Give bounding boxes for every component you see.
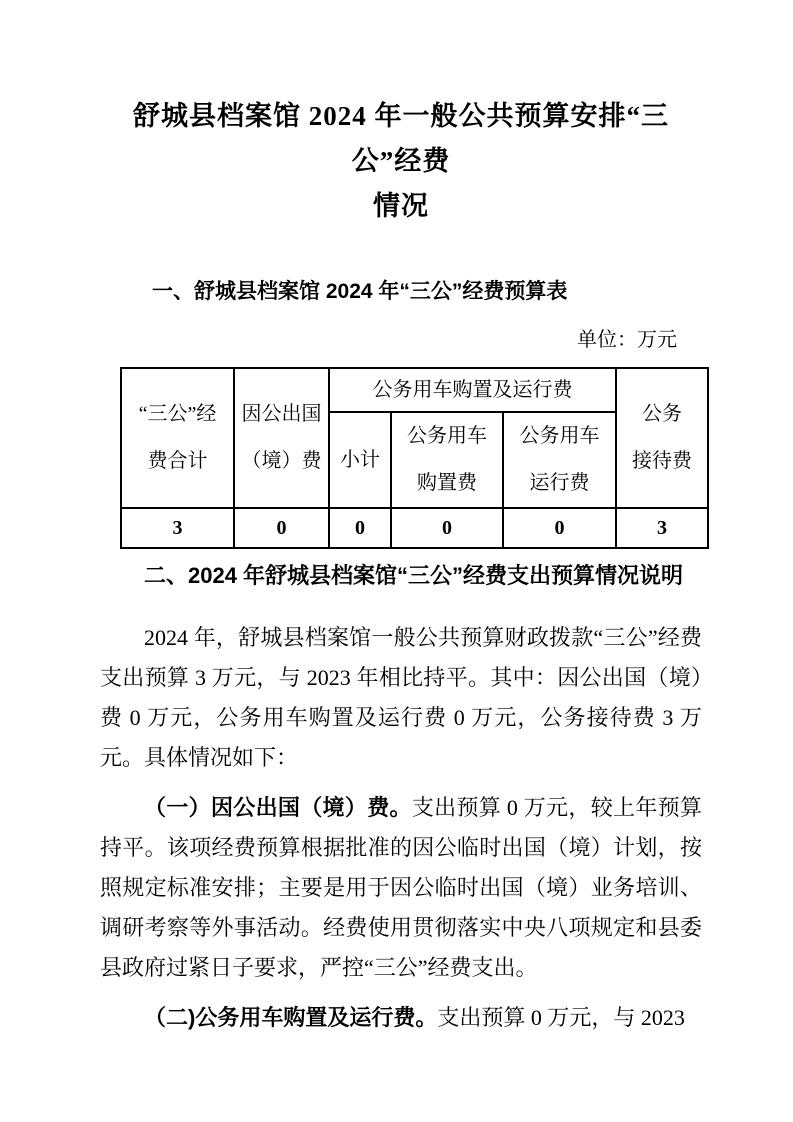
header-reception-fee: 公务 接待费 (616, 368, 708, 508)
header-three-public-total: “三公”经 费合计 (121, 368, 234, 508)
header-abroad-fee: 因公出国 （境）费 (234, 368, 329, 508)
paragraph-overview-text: 2024 年，舒城县档案馆一般公共预算财政拨款“三公”经费支出预算 3 万元，与… (100, 625, 702, 770)
paragraph-vehicle-fee: （二)公务用车购置及运行费。支出预算 0 万元，与 2023 (100, 998, 702, 1038)
header-vehicle-operation: 公务用车 运行费 (503, 412, 616, 508)
value-reception-fee: 3 (616, 508, 708, 548)
table-header-row-1: “三公”经 费合计 因公出国 （境）费 公务用车购置及运行费 公务 接待费 (121, 368, 708, 412)
header-vehicle-purchase: 公务用车 购置费 (391, 412, 503, 508)
value-abroad-fee: 0 (234, 508, 329, 548)
value-three-public-total: 3 (121, 508, 234, 548)
paragraph-abroad-fee: （一）因公出国（境）费。支出预算 0 万元，较上年预算持平。该项经费预算根据批准… (100, 788, 702, 988)
section2-heading: 二、2024 年舒城县档案馆“三公”经费支出预算情况说明 (100, 556, 702, 596)
value-vehicle-purchase: 0 (391, 508, 503, 548)
document-title: 舒城县档案馆 2024 年一般公共预算安排“三公”经费 情况 (100, 94, 702, 229)
header-vehicle-group: 公务用车购置及运行费 (329, 368, 616, 412)
value-vehicle-subtotal: 0 (329, 508, 391, 548)
section1-heading: 一、舒城县档案馆 2024 年“三公”经费预算表 (100, 279, 702, 305)
paragraph-vehicle-fee-lead: （二)公务用车购置及运行费。 (144, 1005, 437, 1030)
budget-table: “三公”经 费合计 因公出国 （境）费 公务用车购置及运行费 公务 接待费 小计… (120, 367, 709, 549)
document-page: 舒城县档案馆 2024 年一般公共预算安排“三公”经费 情况 一、舒城县档案馆 … (0, 0, 793, 1122)
document-content: 舒城县档案馆 2024 年一般公共预算安排“三公”经费 情况 一、舒城县档案馆 … (100, 94, 702, 1038)
paragraph-abroad-fee-text: 支出预算 0 万元，较上年预算持平。该项经费预算根据批准的因公临时出国（境）计划… (100, 795, 702, 980)
header-vehicle-subtotal: 小计 (329, 412, 391, 508)
unit-label: 单位：万元 (100, 327, 677, 353)
paragraph-abroad-fee-lead: （一）因公出国（境）费。 (144, 795, 412, 820)
paragraph-vehicle-fee-text: 支出预算 0 万元，与 2023 (437, 1005, 685, 1030)
paragraph-overview: 2024 年，舒城县档案馆一般公共预算财政拨款“三公”经费支出预算 3 万元，与… (100, 618, 702, 778)
value-vehicle-operation: 0 (503, 508, 616, 548)
table-data-row: 3 0 0 0 0 3 (121, 508, 708, 548)
